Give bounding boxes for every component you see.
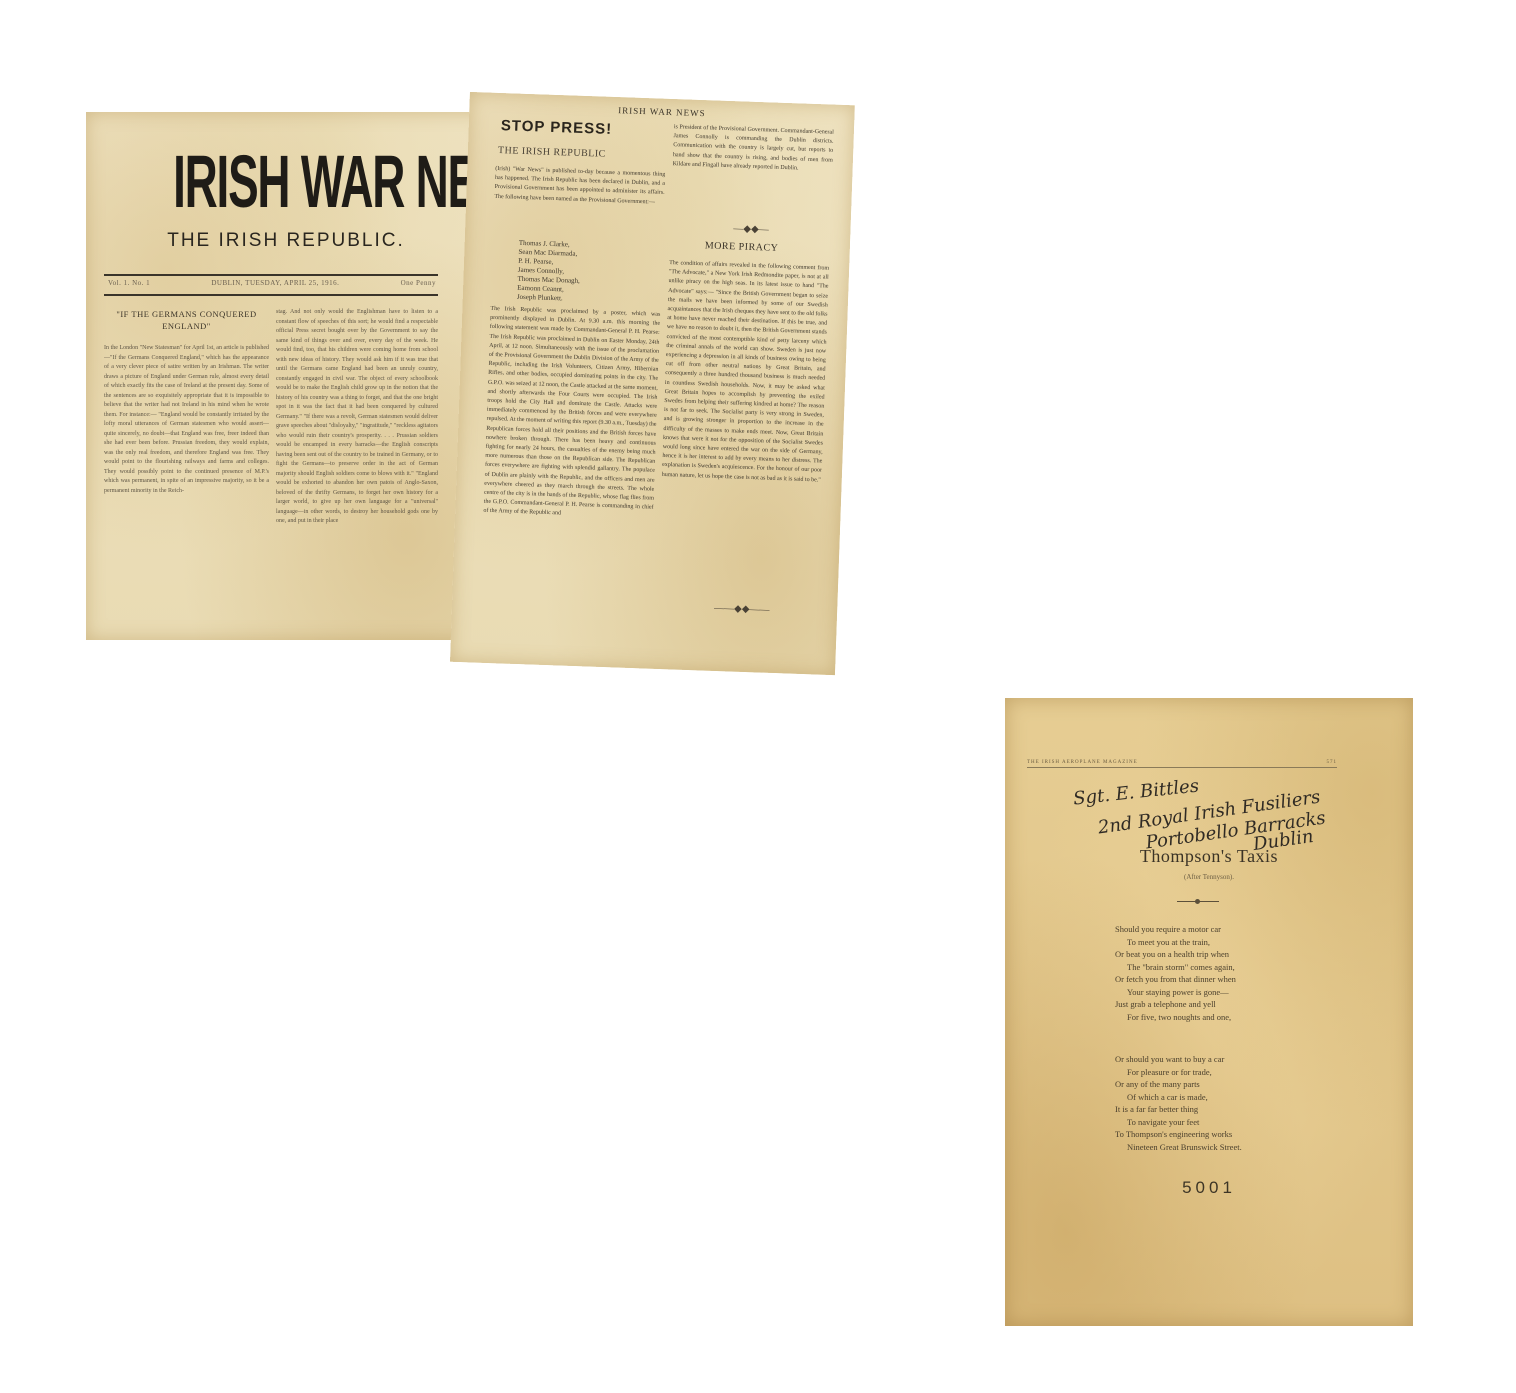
masthead-rule-bottom: [104, 294, 438, 296]
name-item: Joseph Plunkett.: [517, 293, 580, 304]
irish-war-news-front-page: IRISH WAR NEWS THE IRISH REPUBLIC. Vol. …: [86, 112, 486, 640]
verse-line: Should you require a motor car: [1115, 923, 1236, 936]
issue-volume: Vol. 1. No. 1: [108, 279, 150, 287]
verse-line: Nineteen Great Brunswick Street.: [1115, 1141, 1242, 1154]
verse-line: Just grab a telephone and yell: [1115, 998, 1236, 1011]
verse-1: Should you require a motor car To meet y…: [1115, 923, 1236, 1023]
irish-war-news-stop-press-page: IRISH WAR NEWS STOP PRESS! THE IRISH REP…: [450, 92, 855, 675]
more-piracy-text: The condition of affairs revealed in the…: [657, 259, 829, 604]
issue-line: Vol. 1. No. 1 DUBLIN, TUESDAY, APRIL 25,…: [108, 279, 436, 287]
verse-2: Or should you want to buy a car For plea…: [1115, 1053, 1242, 1153]
thompsons-taxis-page: THE IRISH AEROPLANE MAGAZINE 571 Sgt. E.…: [1005, 698, 1413, 1326]
verse-line: For pleasure or for trade,: [1115, 1066, 1242, 1079]
masthead-subtitle: THE IRISH REPUBLIC.: [86, 230, 486, 252]
ornament-divider: —◆◆—: [733, 223, 769, 235]
verse-line: Or any of the many parts: [1115, 1078, 1242, 1091]
article-column-2: stag. And not only would the Englishman …: [276, 308, 438, 580]
verse-line: To meet you at the train,: [1115, 936, 1236, 949]
verse-line: For five, two noughts and one,: [1115, 1011, 1236, 1024]
masthead-rule-top: [104, 274, 438, 276]
verse-line: The "brain storm" comes again,: [1115, 961, 1236, 974]
verse-line: Or fetch you from that dinner when: [1115, 973, 1236, 986]
verse-line: It is a far far better thing: [1115, 1103, 1242, 1116]
ornament-divider: [1177, 901, 1219, 902]
poem-byline: (After Tennyson).: [1005, 873, 1413, 881]
issue-dateline: DUBLIN, TUESDAY, APRIL 25, 1916.: [211, 279, 339, 287]
verse-line: Your staying power is gone—: [1115, 986, 1236, 999]
intro-text: (Irish) "War News" is published to-day b…: [493, 165, 665, 239]
magazine-running-head: THE IRISH AEROPLANE MAGAZINE 571: [1027, 760, 1337, 768]
government-column: is President of the Provisional Governme…: [671, 123, 834, 215]
magazine-title: THE IRISH AEROPLANE MAGAZINE: [1027, 760, 1138, 765]
more-piracy-heading: MORE PIRACY: [705, 240, 779, 254]
phone-number: 5001: [1005, 1178, 1413, 1198]
verse-line: Or should you want to buy a car: [1115, 1053, 1242, 1066]
verse-line: Of which a car is made,: [1115, 1091, 1242, 1104]
ornament-divider-bottom: ——◆◆——: [714, 603, 770, 616]
masthead: IRISH WAR NEWS: [173, 142, 399, 222]
verse-line: To navigate your feet: [1115, 1116, 1242, 1129]
poem-title: Thompson's Taxis: [1005, 846, 1413, 867]
page-number: 571: [1327, 760, 1338, 765]
stop-press-heading: STOP PRESS!: [501, 117, 613, 138]
article-title: "IF THE GERMANS CONQUERED ENGLAND": [104, 308, 269, 332]
verse-line: To Thompson's engineering works: [1115, 1128, 1242, 1141]
handwritten-name: Sgt. E. Bittles: [1072, 775, 1200, 809]
section-heading: THE IRISH REPUBLIC: [498, 145, 606, 160]
article-column-1: In the London "New Statesman" for April …: [104, 344, 269, 634]
provisional-government-names: Thomas J. Clarke, Sean Mac Diarmada, P. …: [517, 239, 582, 304]
verse-line: Or beat you on a health trip when: [1115, 948, 1236, 961]
report-column: The Irish Republic was proclaimed by a p…: [480, 305, 660, 601]
issue-price: One Penny: [401, 279, 436, 287]
